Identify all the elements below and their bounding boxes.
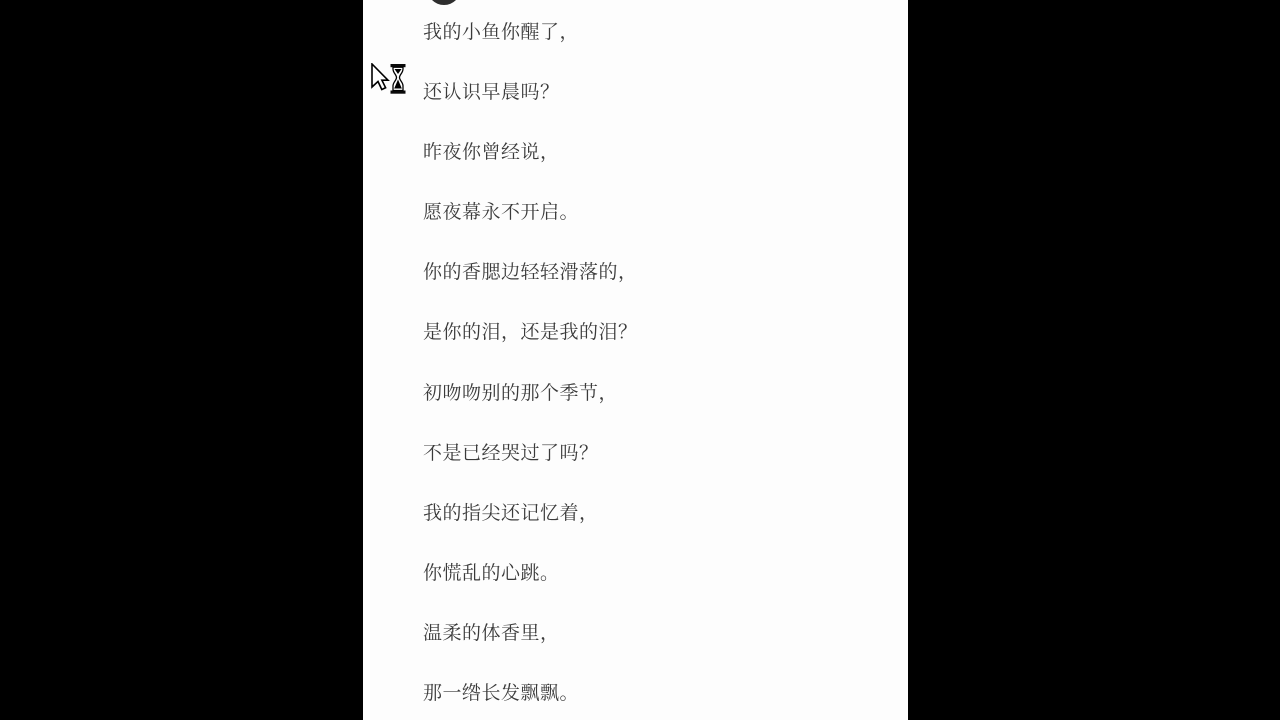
lyric-line: 不是已经哭过了吗？ [423, 444, 638, 464]
lyric-line: 我的小鱼你醒了， [423, 23, 638, 43]
lyric-line: 昨夜你曾经说， [423, 143, 638, 163]
lyric-line: 我的指尖还记忆着， [423, 504, 638, 524]
lyric-line: 初吻吻别的那个季节， [423, 384, 638, 404]
lyrics-lines: 我的小鱼你醒了，还认识早晨吗？昨夜你曾经说，愿夜幕永不开启。你的香腮边轻轻滑落的… [423, 23, 638, 704]
video-frame: 我的小鱼你醒了，还认识早晨吗？昨夜你曾经说，愿夜幕永不开启。你的香腮边轻轻滑落的… [0, 0, 1280, 720]
partial-circle-graphic [427, 0, 461, 5]
arrow-pointer-icon [372, 64, 388, 90]
lyric-line: 是你的泪，还是我的泪？ [423, 323, 638, 343]
hourglass-icon [391, 64, 406, 94]
letterbox-left [0, 0, 363, 720]
lyric-line: 你慌乱的心跳。 [423, 564, 638, 584]
document-page: 我的小鱼你醒了，还认识早晨吗？昨夜你曾经说，愿夜幕永不开启。你的香腮边轻轻滑落的… [363, 0, 908, 720]
lyric-line: 你的香腮边轻轻滑落的， [423, 263, 638, 283]
letterbox-right [908, 0, 1280, 720]
busy-cursor-icon [369, 63, 407, 97]
lyric-line: 愿夜幕永不开启。 [423, 203, 638, 223]
lyric-line: 那一绺长发飘飘。 [423, 684, 638, 704]
lyric-line: 温柔的体香里， [423, 624, 638, 644]
lyric-line: 还认识早晨吗？ [423, 83, 638, 103]
